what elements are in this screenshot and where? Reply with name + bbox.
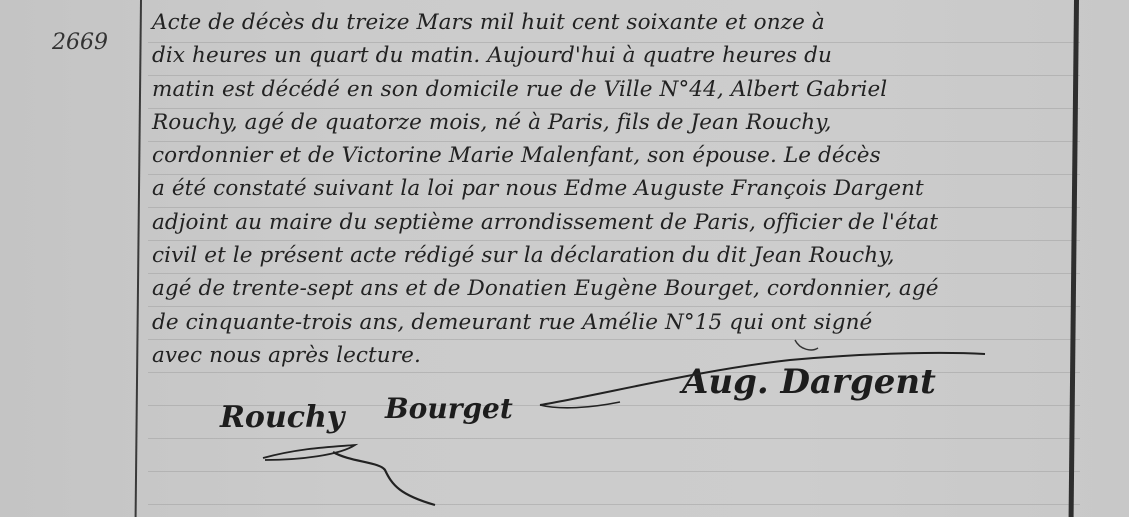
record-line: a été constaté suivant la loi par nous E… — [152, 172, 1052, 205]
record-line: Acte de décès du treize Mars mil huit ce… — [152, 6, 1052, 39]
record-line: adjoint au maire du septième arrondissem… — [152, 206, 1052, 239]
record-text: Acte de décès du treize Mars mil huit ce… — [152, 6, 1052, 372]
record-line: Rouchy, agé de quatorze mois, né à Paris… — [152, 106, 1052, 139]
signature-rouchy: Rouchy — [220, 400, 344, 435]
record-line: dix heures un quart du matin. Aujourd'hu… — [152, 39, 1052, 72]
record-line: de cinquante-trois ans, demeurant rue Am… — [152, 306, 1052, 339]
record-line: matin est décédé en son domicile rue de … — [152, 73, 1052, 106]
signature-officer: Aug. Dargent — [682, 362, 936, 402]
record-line: cordonnier et de Victorine Marie Malenfa… — [152, 139, 1052, 172]
record-line: civil et le présent acte rédigé sur la d… — [152, 239, 1052, 272]
record-line: agé de trente-sept ans et de Donatien Eu… — [152, 272, 1052, 305]
entry-number: 2669 — [52, 30, 108, 55]
register-page: 2669 Acte de décès du treize Mars mil hu… — [0, 0, 1129, 517]
left-margin-rule — [135, 0, 142, 517]
signature-bourget: Bourget — [385, 392, 513, 425]
